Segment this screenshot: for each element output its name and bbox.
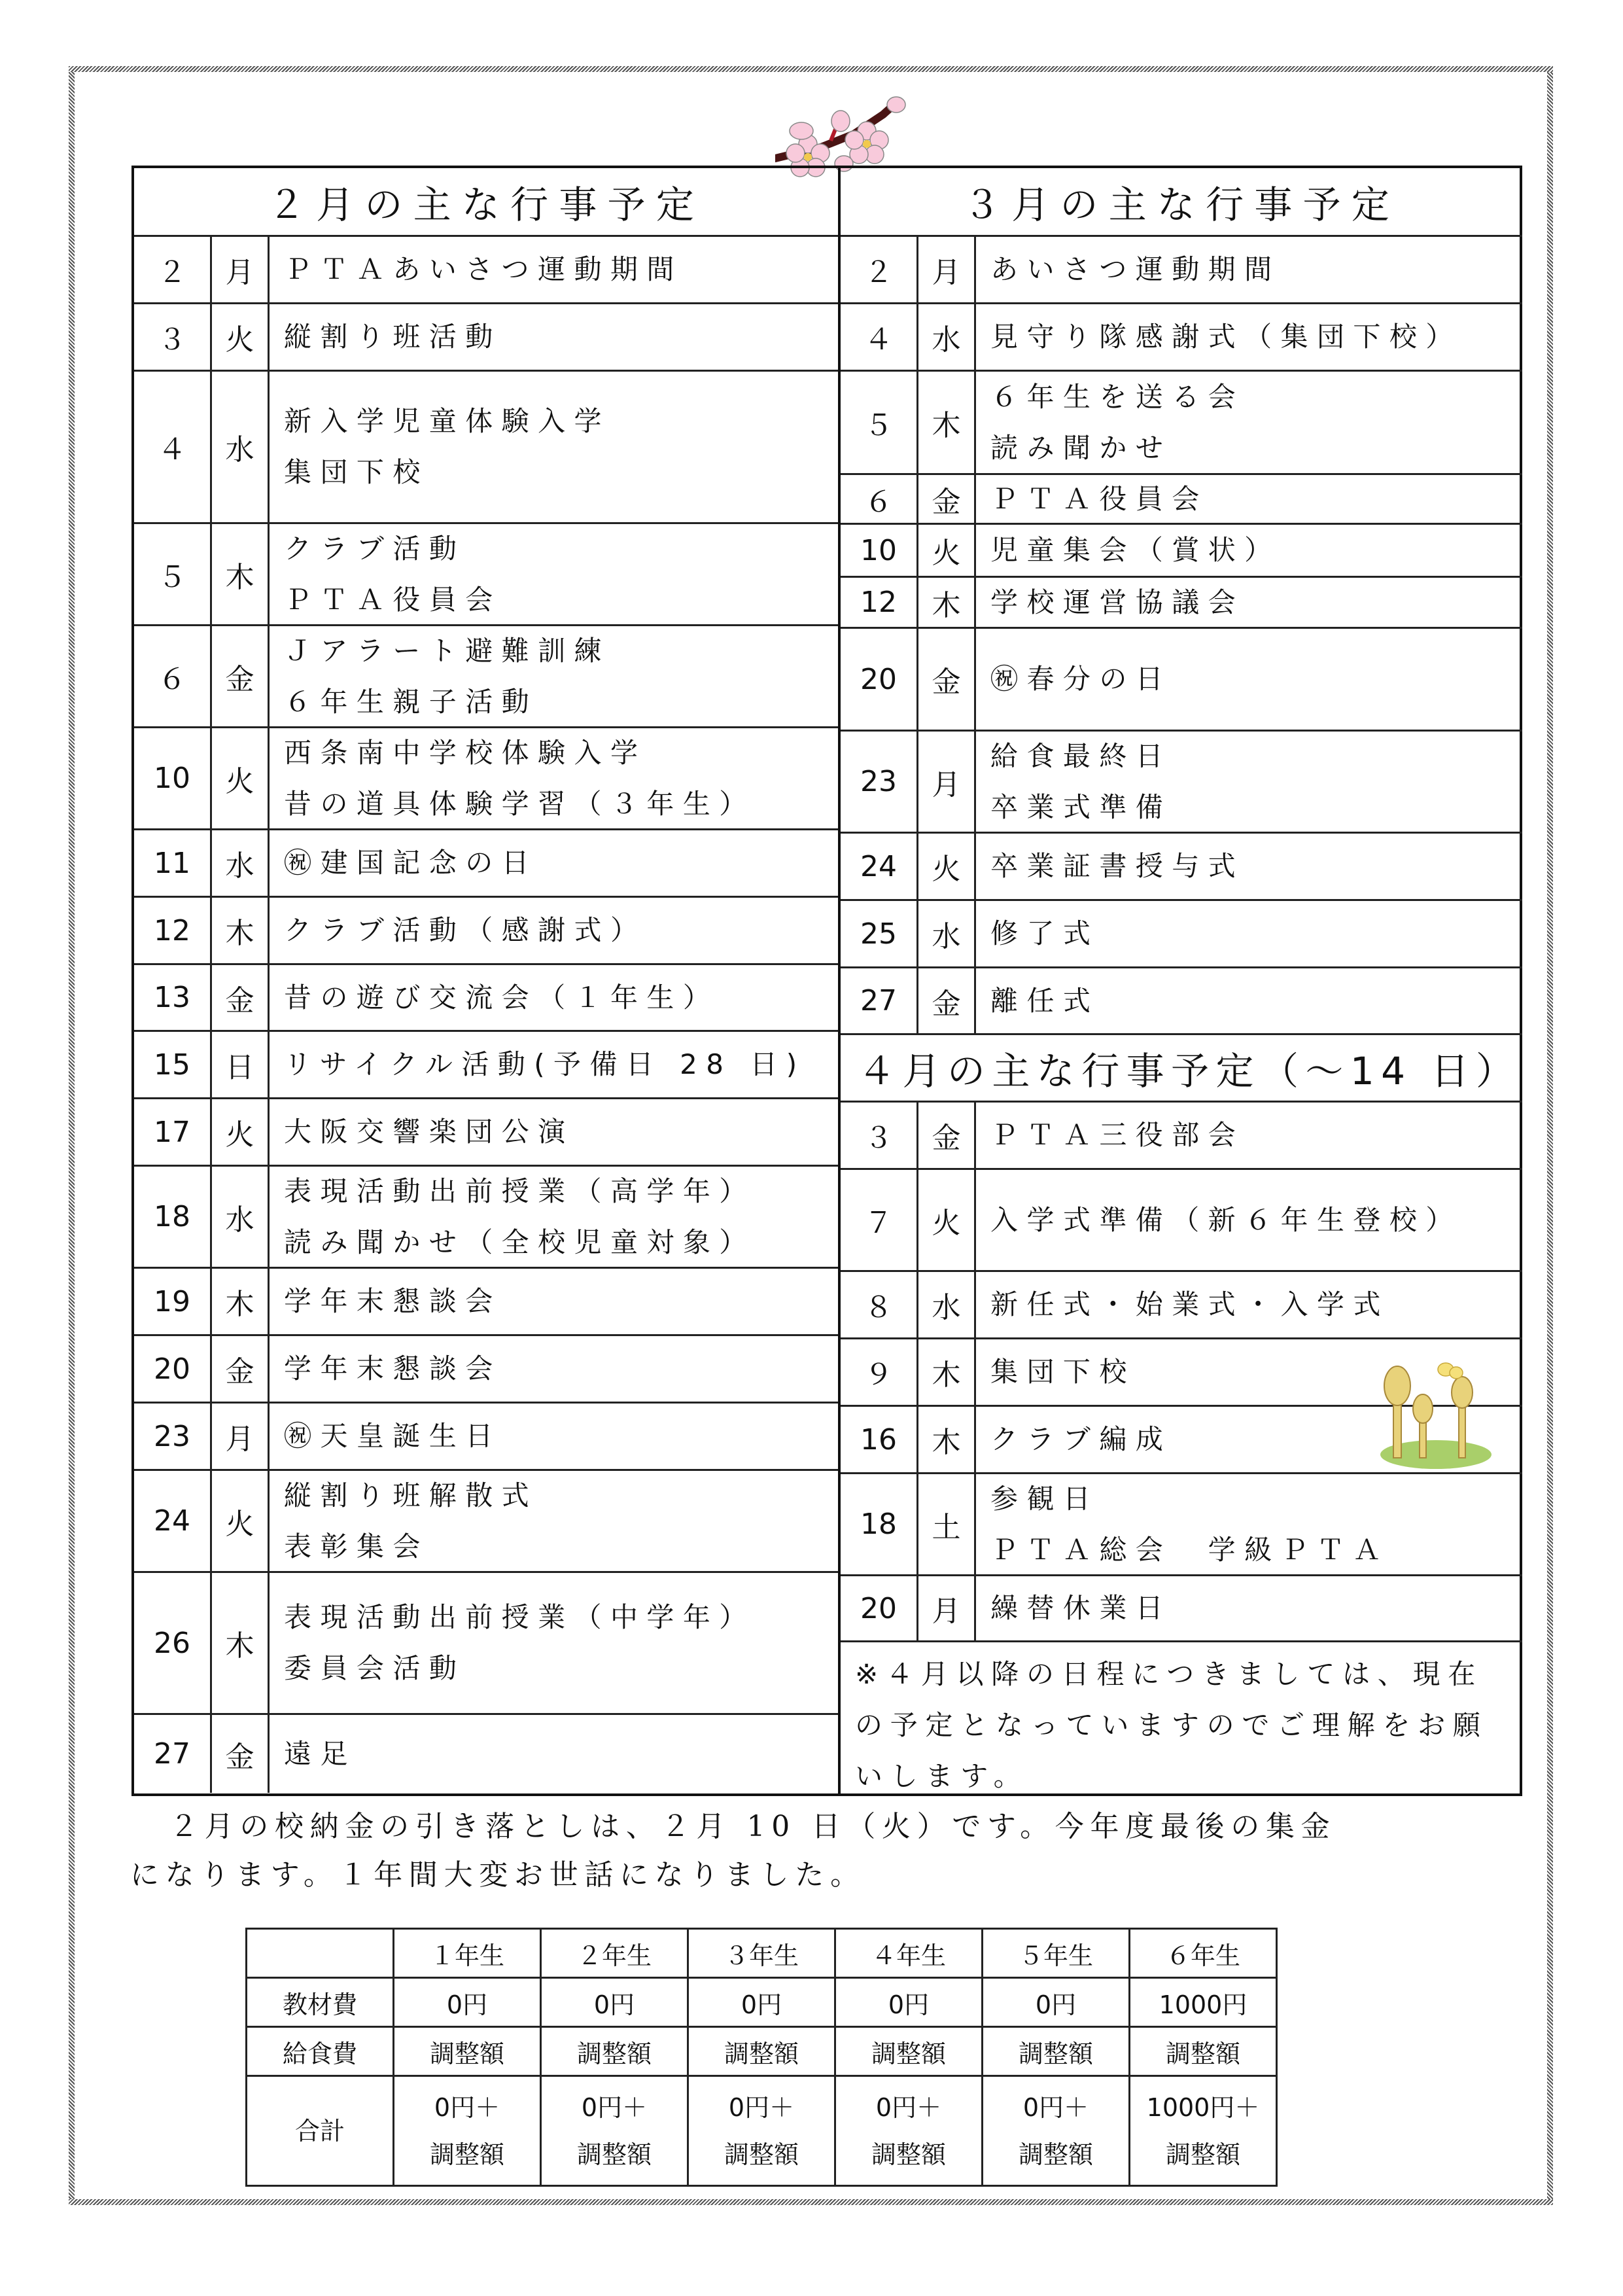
event-line: 修了式: [990, 908, 1099, 959]
event-weekday: 月: [210, 237, 270, 302]
event-date: ４: [134, 372, 210, 522]
event-date: ９: [841, 1339, 916, 1405]
event-description: 参観日ＰＴＡ総会 学級ＰＴＡ: [976, 1474, 1522, 1574]
event-date: 27: [134, 1715, 210, 1793]
schedule-row: 18土参観日ＰＴＡ総会 学級ＰＴＡ: [841, 1474, 1522, 1576]
fee-value-line: 調整額: [689, 2131, 834, 2178]
event-weekday: 木: [210, 1573, 270, 1713]
event-line: 表現活動出前授業（高学年）: [284, 1166, 756, 1217]
event-date: 25: [841, 901, 916, 966]
event-weekday: 土: [916, 1474, 976, 1574]
event-weekday: 火: [916, 834, 976, 899]
schedule-row: ７火入学式準備（新６年生登校）: [841, 1170, 1522, 1272]
event-weekday: 水: [210, 372, 270, 522]
april-title: ４月の主な行事予定（～14 日）: [841, 1035, 1522, 1103]
fee-value-line: 調整額: [542, 2131, 687, 2178]
event-weekday: 木: [916, 1407, 976, 1472]
event-line: ６年生を送る会: [990, 372, 1244, 423]
event-line: 縦割り班活動: [284, 311, 502, 362]
fee-value: 1000円＋調整額: [1130, 2076, 1277, 2186]
event-line: 昔の遊び交流会（１年生）: [284, 972, 719, 1023]
grade-header: ６年生: [1130, 1929, 1277, 1978]
event-description: ㊗建国記念の日: [270, 830, 838, 896]
event-description: ＰＴＡあいさつ運動期間: [270, 237, 838, 302]
event-description: クラブ活動ＰＴＡ役員会: [270, 524, 838, 624]
event-date: 11: [134, 830, 210, 896]
event-line: 読み聞かせ: [990, 423, 1172, 474]
schedule-row: ５木６年生を送る会読み聞かせ: [841, 372, 1522, 475]
event-description: 卒業証書授与式: [976, 834, 1522, 899]
schedule-row: ６金Ｊアラート避難訓練６年生親子活動: [134, 626, 838, 728]
event-weekday: 水: [916, 1272, 976, 1337]
event-line: 学校運営協議会: [990, 577, 1244, 628]
event-description: 学年末懇談会: [270, 1269, 838, 1334]
fee-row-label: 教材費: [247, 1978, 394, 2027]
event-line: 離任式: [990, 976, 1099, 1027]
event-date: 12: [841, 578, 916, 627]
event-weekday: 月: [916, 237, 976, 302]
schedule-row: ２月ＰＴＡあいさつ運動期間: [134, 237, 838, 304]
event-date: ２: [841, 237, 916, 302]
event-line: 学年末懇談会: [284, 1343, 502, 1394]
event-line: 参観日: [990, 1474, 1099, 1525]
event-date: ２: [134, 237, 210, 302]
event-line: ＰＴＡ三役部会: [990, 1110, 1244, 1161]
fee-value: 0円: [394, 1978, 541, 2027]
event-weekday: 木: [916, 578, 976, 627]
event-date: ７: [841, 1170, 916, 1270]
schedule-row: 24火卒業証書授与式: [841, 834, 1522, 901]
event-date: 27: [841, 968, 916, 1033]
event-weekday: 月: [210, 1404, 270, 1469]
fee-value-line: 0円＋: [542, 2084, 687, 2131]
event-weekday: 水: [916, 304, 976, 370]
event-description: Ｊアラート避難訓練６年生親子活動: [270, 626, 838, 726]
event-date: 19: [134, 1269, 210, 1334]
event-weekday: 金: [210, 626, 270, 726]
event-description: 西条南中学校体験入学昔の道具体験学習（３年生）: [270, 728, 838, 828]
event-date: 10: [134, 728, 210, 828]
event-line: 新入学児童体験入学: [284, 396, 610, 447]
event-description: 学校運営協議会: [976, 578, 1522, 627]
event-weekday: 金: [916, 629, 976, 730]
schedule-row: 10火西条南中学校体験入学昔の道具体験学習（３年生）: [134, 728, 838, 830]
event-line: クラブ活動（感謝式）: [284, 905, 646, 956]
fee-value-line: 調整額: [836, 2131, 981, 2178]
event-weekday: 火: [210, 1471, 270, 1571]
fee-value: 調整額: [835, 2027, 983, 2076]
event-description: 修了式: [976, 901, 1522, 966]
grade-header: ３年生: [688, 1929, 835, 1978]
event-weekday: 木: [210, 1269, 270, 1334]
schedule-row: 18水表現活動出前授業（高学年）読み聞かせ（全校児童対象）: [134, 1167, 838, 1269]
event-date: 20: [841, 1576, 916, 1640]
event-date: 17: [134, 1099, 210, 1165]
event-description: 給食最終日卒業式準備: [976, 732, 1522, 832]
event-weekday: 水: [210, 1167, 270, 1267]
event-line: 表現活動出前授業（中学年）: [284, 1592, 756, 1643]
event-description: ６年生を送る会読み聞かせ: [976, 372, 1522, 473]
fee-value: 0円＋調整額: [541, 2076, 688, 2186]
event-line: 児童集会（賞状）: [990, 525, 1281, 576]
fee-value: 0円: [541, 1978, 688, 2027]
event-date: 26: [134, 1573, 210, 1713]
event-weekday: 金: [210, 1336, 270, 1402]
event-line: ６年生親子活動: [284, 677, 538, 728]
fee-value: 0円: [835, 1978, 983, 2027]
event-description: 表現活動出前授業（高学年）読み聞かせ（全校児童対象）: [270, 1167, 838, 1267]
event-date: ３: [134, 304, 210, 370]
event-date: 24: [841, 834, 916, 899]
event-line: 集団下校: [990, 1347, 1136, 1398]
schedule-row: ８水新任式・始業式・入学式: [841, 1272, 1522, 1339]
event-weekday: 金: [916, 1103, 976, 1168]
grade-header: １年生: [394, 1929, 541, 1978]
horsetail-butterfly-icon: [1374, 1360, 1498, 1471]
fee-value: 調整額: [541, 2027, 688, 2076]
event-line: 卒業式準備: [990, 782, 1172, 833]
event-line: 縦割り班解散式: [284, 1470, 538, 1521]
event-line: 遠足: [284, 1729, 357, 1780]
event-line: 昔の道具体験学習（３年生）: [284, 779, 756, 830]
event-line: クラブ編成: [990, 1414, 1172, 1465]
schedule-row: ３火縦割り班活動: [134, 304, 838, 372]
fee-value-line: 0円＋: [983, 2084, 1128, 2131]
event-date: 13: [134, 965, 210, 1030]
schedule-row: 17火大阪交響楽団公演: [134, 1099, 838, 1167]
schedule-row: 25水修了式: [841, 901, 1522, 968]
event-description: 離任式: [976, 968, 1522, 1033]
fee-value-line: 0円＋: [836, 2084, 981, 2131]
event-weekday: 火: [916, 525, 976, 576]
event-description: ㊗春分の日: [976, 629, 1522, 730]
event-line: 給食最終日: [990, 731, 1172, 782]
grade-header: ５年生: [983, 1929, 1130, 1978]
event-description: あいさつ運動期間: [976, 237, 1522, 302]
event-weekday: 月: [916, 1576, 976, 1640]
event-date: 16: [841, 1407, 916, 1472]
fee-value-line: 調整額: [394, 2131, 540, 2178]
event-date: ５: [134, 524, 210, 624]
fee-table: １年生２年生３年生４年生５年生６年生教材費0円0円0円0円0円1000円給食費調…: [245, 1928, 1278, 2187]
event-weekday: 日: [210, 1032, 270, 1097]
event-weekday: 金: [916, 475, 976, 523]
event-weekday: 火: [210, 728, 270, 828]
event-weekday: 月: [916, 732, 976, 832]
event-description: 縦割り班解散式表彰集会: [270, 1471, 838, 1571]
event-line: ㊗建国記念の日: [284, 838, 538, 889]
schedule-row: 20金㊗春分の日: [841, 629, 1522, 732]
event-date: ６: [134, 626, 210, 726]
schedule-row: ５木クラブ活動ＰＴＡ役員会: [134, 524, 838, 626]
event-line: 入学式準備（新６年生登校）: [990, 1195, 1462, 1246]
event-description: 繰替休業日: [976, 1576, 1522, 1640]
event-description: 縦割り班活動: [270, 304, 838, 370]
event-line: ㊗春分の日: [990, 654, 1172, 705]
event-line: 学年末懇談会: [284, 1276, 502, 1327]
event-description: 新入学児童体験入学集団下校: [270, 372, 838, 522]
fee-row-label: 給食費: [247, 2027, 394, 2076]
event-date: 18: [134, 1167, 210, 1267]
event-line: 新任式・始業式・入学式: [990, 1279, 1389, 1330]
schedule-row: 20月繰替休業日: [841, 1576, 1522, 1642]
schedule-row: 11水㊗建国記念の日: [134, 830, 838, 898]
payment-notice-line2: になります。１年間大変お世話になりました。: [130, 1858, 865, 1892]
event-description: ＰＴＡ役員会: [976, 475, 1522, 523]
grade-header: ２年生: [541, 1929, 688, 1978]
fee-value-line: 1000円＋: [1130, 2084, 1276, 2131]
schedule-row: ２月あいさつ運動期間: [841, 237, 1522, 304]
event-description: 大阪交響楽団公演: [270, 1099, 838, 1165]
event-date: 12: [134, 898, 210, 963]
schedule-row: ４水新入学児童体験入学集団下校: [134, 372, 838, 524]
fee-value: 0円＋調整額: [688, 2076, 835, 2186]
event-description: 表現活動出前授業（中学年）委員会活動: [270, 1573, 838, 1713]
event-description: 遠足: [270, 1715, 838, 1793]
event-line: 読み聞かせ（全校児童対象）: [284, 1217, 756, 1268]
event-line: 表彰集会: [284, 1521, 429, 1572]
event-weekday: 水: [916, 901, 976, 966]
event-date: 23: [841, 732, 916, 832]
event-date: 20: [841, 629, 916, 730]
event-line: ＰＴＡあいさつ運動期間: [284, 244, 683, 295]
event-date: 24: [134, 1471, 210, 1571]
fee-value: 0円＋調整額: [983, 2076, 1130, 2186]
event-date: 23: [134, 1404, 210, 1469]
fee-corner-cell: [247, 1929, 394, 1978]
event-description: 入学式準備（新６年生登校）: [976, 1170, 1522, 1270]
event-date: ５: [841, 372, 916, 473]
event-date: 10: [841, 525, 916, 576]
event-description: 新任式・始業式・入学式: [976, 1272, 1522, 1337]
fee-value: 調整額: [1130, 2027, 1277, 2076]
schedule-table: ２月の主な行事予定 ２月ＰＴＡあいさつ運動期間３火縦割り班活動４水新入学児童体験…: [131, 166, 1522, 1796]
march-title: ３月の主な行事予定: [841, 168, 1522, 237]
event-line: 卒業証書授与式: [990, 841, 1244, 892]
event-weekday: 木: [916, 372, 976, 473]
event-description: 見守り隊感謝式（集団下校）: [976, 304, 1522, 370]
event-line: ＰＴＡ役員会: [284, 574, 502, 626]
february-title: ２月の主な行事予定: [134, 168, 838, 237]
event-date: ４: [841, 304, 916, 370]
event-line: ㊗天皇誕生日: [284, 1411, 502, 1462]
schedule-row: 19木学年末懇談会: [134, 1269, 838, 1336]
fee-value: 0円: [688, 1978, 835, 2027]
fee-value-line: 0円＋: [394, 2084, 540, 2131]
schedule-row: 12木クラブ活動（感謝式）: [134, 898, 838, 965]
event-description: 児童集会（賞状）: [976, 525, 1522, 576]
event-weekday: 水: [210, 830, 270, 896]
event-description: ＰＴＡ三役部会: [976, 1103, 1522, 1168]
event-line: 委員会活動: [284, 1643, 465, 1694]
schedule-row: ６金ＰＴＡ役員会: [841, 475, 1522, 525]
payment-notice: ２月の校納金の引き落としは、２月 10 日（火）です。今年度最後の集金 になりま…: [130, 1803, 1439, 1899]
event-description: 昔の遊び交流会（１年生）: [270, 965, 838, 1030]
march-april-column: ３月の主な行事予定 ２月あいさつ運動期間４水見守り隊感謝式（集団下校）５木６年生…: [838, 166, 1522, 1796]
schedule-row: 13金昔の遊び交流会（１年生）: [134, 965, 838, 1032]
grade-header: ４年生: [835, 1929, 983, 1978]
event-weekday: 金: [916, 968, 976, 1033]
event-date: ３: [841, 1103, 916, 1168]
event-line: 見守り隊感謝式（集団下校）: [990, 311, 1462, 362]
schedule-row: 27金離任式: [841, 968, 1522, 1035]
event-date: 15: [134, 1032, 210, 1097]
event-date: 18: [841, 1474, 916, 1574]
event-line: あいさつ運動期間: [990, 244, 1281, 295]
payment-notice-line1: ２月の校納金の引き落としは、２月 10 日（火）です。今年度最後の集金: [130, 1803, 1439, 1851]
event-weekday: 金: [210, 965, 270, 1030]
april-schedule-note: ※４月以降の日程につきましては、現在の予定となっていますのでご理解をお願いします…: [841, 1642, 1522, 1796]
fee-value: 調整額: [394, 2027, 541, 2076]
fee-value: 0円＋調整額: [835, 2076, 983, 2186]
event-weekday: 火: [210, 304, 270, 370]
event-line: Ｊアラート避難訓練: [284, 626, 610, 677]
fee-value: 調整額: [688, 2027, 835, 2076]
event-line: クラブ活動: [284, 523, 465, 574]
event-weekday: 火: [916, 1170, 976, 1270]
event-line: 西条南中学校体験入学: [284, 728, 646, 779]
fee-value-line: 調整額: [983, 2131, 1128, 2178]
event-line: リサイクル活動(予備日 28 日): [284, 1039, 806, 1090]
schedule-row: 27金遠足: [134, 1715, 838, 1793]
event-line: 集団下校: [284, 447, 429, 498]
fee-row-label: 合計: [247, 2076, 394, 2186]
event-line: ＰＴＡ役員会: [990, 474, 1208, 525]
event-description: ㊗天皇誕生日: [270, 1404, 838, 1469]
event-description: 学年末懇談会: [270, 1336, 838, 1402]
event-line: 大阪交響楽団公演: [284, 1106, 574, 1157]
event-weekday: 木: [210, 898, 270, 963]
schedule-row: 20金学年末懇談会: [134, 1336, 838, 1404]
schedule-row: ３金ＰＴＡ三役部会: [841, 1103, 1522, 1170]
schedule-row: 26木表現活動出前授業（中学年）委員会活動: [134, 1573, 838, 1715]
fee-value-line: 調整額: [1130, 2131, 1276, 2178]
schedule-row: 12木学校運営協議会: [841, 578, 1522, 629]
fee-value: 0円: [983, 1978, 1130, 2027]
event-weekday: 火: [210, 1099, 270, 1165]
fee-value: 1000円: [1130, 1978, 1277, 2027]
schedule-row: ４水見守り隊感謝式（集団下校）: [841, 304, 1522, 372]
event-line: 繰替休業日: [990, 1583, 1172, 1634]
event-weekday: 木: [210, 524, 270, 624]
event-description: クラブ活動（感謝式）: [270, 898, 838, 963]
schedule-row: 23月給食最終日卒業式準備: [841, 732, 1522, 834]
schedule-row: 15日リサイクル活動(予備日 28 日): [134, 1032, 838, 1099]
fee-value: 調整額: [983, 2027, 1130, 2076]
fee-value: 0円＋調整額: [394, 2076, 541, 2186]
fee-value-line: 0円＋: [689, 2084, 834, 2131]
schedule-row: 10火児童集会（賞状）: [841, 525, 1522, 578]
event-description: リサイクル活動(予備日 28 日): [270, 1032, 838, 1097]
schedule-row: 23月㊗天皇誕生日: [134, 1404, 838, 1471]
event-weekday: 金: [210, 1715, 270, 1793]
event-line: ＰＴＡ総会 学級ＰＴＡ: [990, 1525, 1389, 1576]
event-date: 20: [134, 1336, 210, 1402]
event-date: ６: [841, 475, 916, 523]
schedule-row: 24火縦割り班解散式表彰集会: [134, 1471, 838, 1573]
event-date: ８: [841, 1272, 916, 1337]
event-weekday: 木: [916, 1339, 976, 1405]
